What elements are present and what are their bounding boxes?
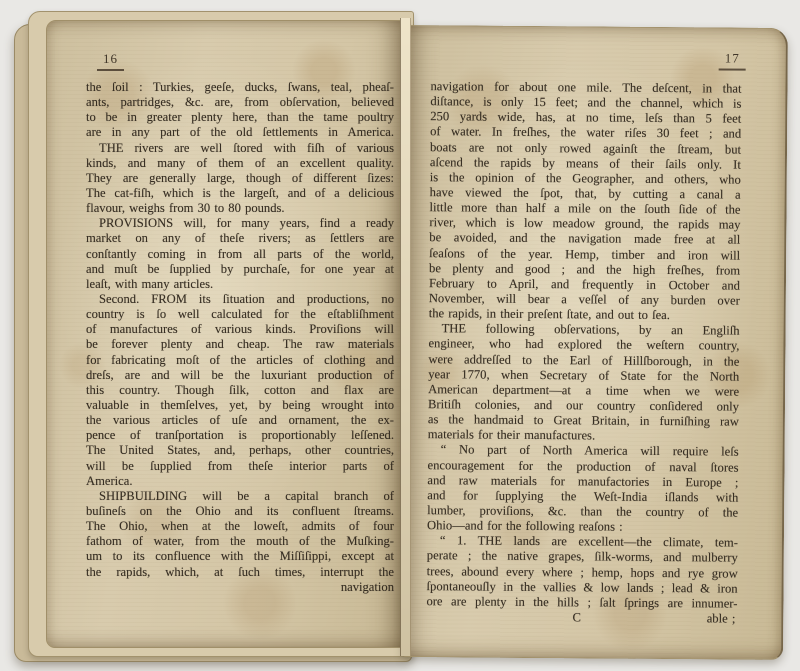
text-line: be avoided, and the navigation made free… <box>429 231 740 249</box>
text-line: for fabricating moſt of the articles of … <box>86 353 394 368</box>
gutter <box>400 18 411 656</box>
text-line: the various articles of uſe and ornament… <box>86 413 394 428</box>
text-line: valuable in themſelves, yet, by being wr… <box>86 398 394 413</box>
text-line: and muſt be ſupplied by purchaſe, for on… <box>86 262 394 277</box>
catchword: able ; <box>707 611 736 626</box>
text-line: The United States, and, perhaps, other c… <box>86 443 394 458</box>
text-line: are in any part of the old ſettlements i… <box>86 125 394 140</box>
signature-row: Cable ; <box>426 609 737 627</box>
text-line: um to its confluence with the Miſſiſippi… <box>86 549 394 564</box>
text-line: They are generally large, though of diff… <box>86 171 394 186</box>
text-line: the ſoil : Turkies, geeſe, ducks, ſwans,… <box>86 80 394 95</box>
text-line: The Ohio, when at the loweſt, admits of … <box>86 519 394 534</box>
text-line: this country. Though ſilk, cotton and fl… <box>86 383 394 398</box>
photo-background: 16 the ſoil : Turkies, geeſe, ducks, ſwa… <box>0 0 800 671</box>
text-line: will be ſupplied from theſe interior par… <box>86 459 394 474</box>
left-page-number: 16 <box>97 51 124 71</box>
text-line: to be in greater plenty here, than the t… <box>86 110 394 125</box>
text-line: dreſs, are and will be the luxuriant pro… <box>86 368 394 383</box>
right-page: 17 navigation for about one mile. The de… <box>402 25 788 660</box>
text-line: The cat-fiſh, which is the largeſt, and … <box>86 186 394 201</box>
text-line: PROVISIONS will, for many years, find a … <box>86 216 394 231</box>
text-line: pence of tranſportation is proportionabl… <box>86 428 394 443</box>
text-line: SHIPBUILDING will be a capital branch of <box>86 489 394 504</box>
text-line: leaſt, with many articles. <box>86 277 394 292</box>
text-line: “ No part of North America will require … <box>428 443 739 461</box>
text-line: Second. FROM its ſituation and productio… <box>86 292 394 307</box>
text-line: the rapids, which, at ſuch times, interr… <box>86 565 394 580</box>
text-line: engineer, who had explored the weſtern c… <box>428 337 739 355</box>
text-line: be forever plenty and cheap. The raw mat… <box>86 337 394 352</box>
left-page-text: the ſoil : Turkies, geeſe, ducks, ſwans,… <box>86 80 394 595</box>
text-line: country is ſo well calculated for the eſ… <box>86 307 394 322</box>
right-page-text: navigation for about one mile. The deſce… <box>426 79 741 626</box>
text-line: perate ; the native grapes, ſilk-worms, … <box>427 549 738 567</box>
text-line: THE rivers are well ſtored with fiſh of … <box>86 141 394 156</box>
text-line: navigation <box>86 580 394 595</box>
right-page-number: 17 <box>719 50 746 70</box>
text-line: flavour, weighs from 30 to 80 pounds. <box>86 201 394 216</box>
text-line: market on any of theſe rivers; as ſettle… <box>86 231 394 246</box>
text-line: kinds, and many of them of an excellent … <box>86 156 394 171</box>
signature-mark: C <box>572 610 581 625</box>
text-line: buſineſs on the Ohio and its confluent ſ… <box>86 504 394 519</box>
text-line: ants, partridges, &c. are, from obſervat… <box>86 95 394 110</box>
text-line: conſtantly coming in from all parts of t… <box>86 247 394 262</box>
text-line: fathom of water, from the mouth of the M… <box>86 534 394 549</box>
text-line: of manufactures of various kinds. Proviſ… <box>86 322 394 337</box>
left-page: 16 the ſoil : Turkies, geeſe, ducks, ſwa… <box>46 20 403 648</box>
text-line: America. <box>86 474 394 489</box>
